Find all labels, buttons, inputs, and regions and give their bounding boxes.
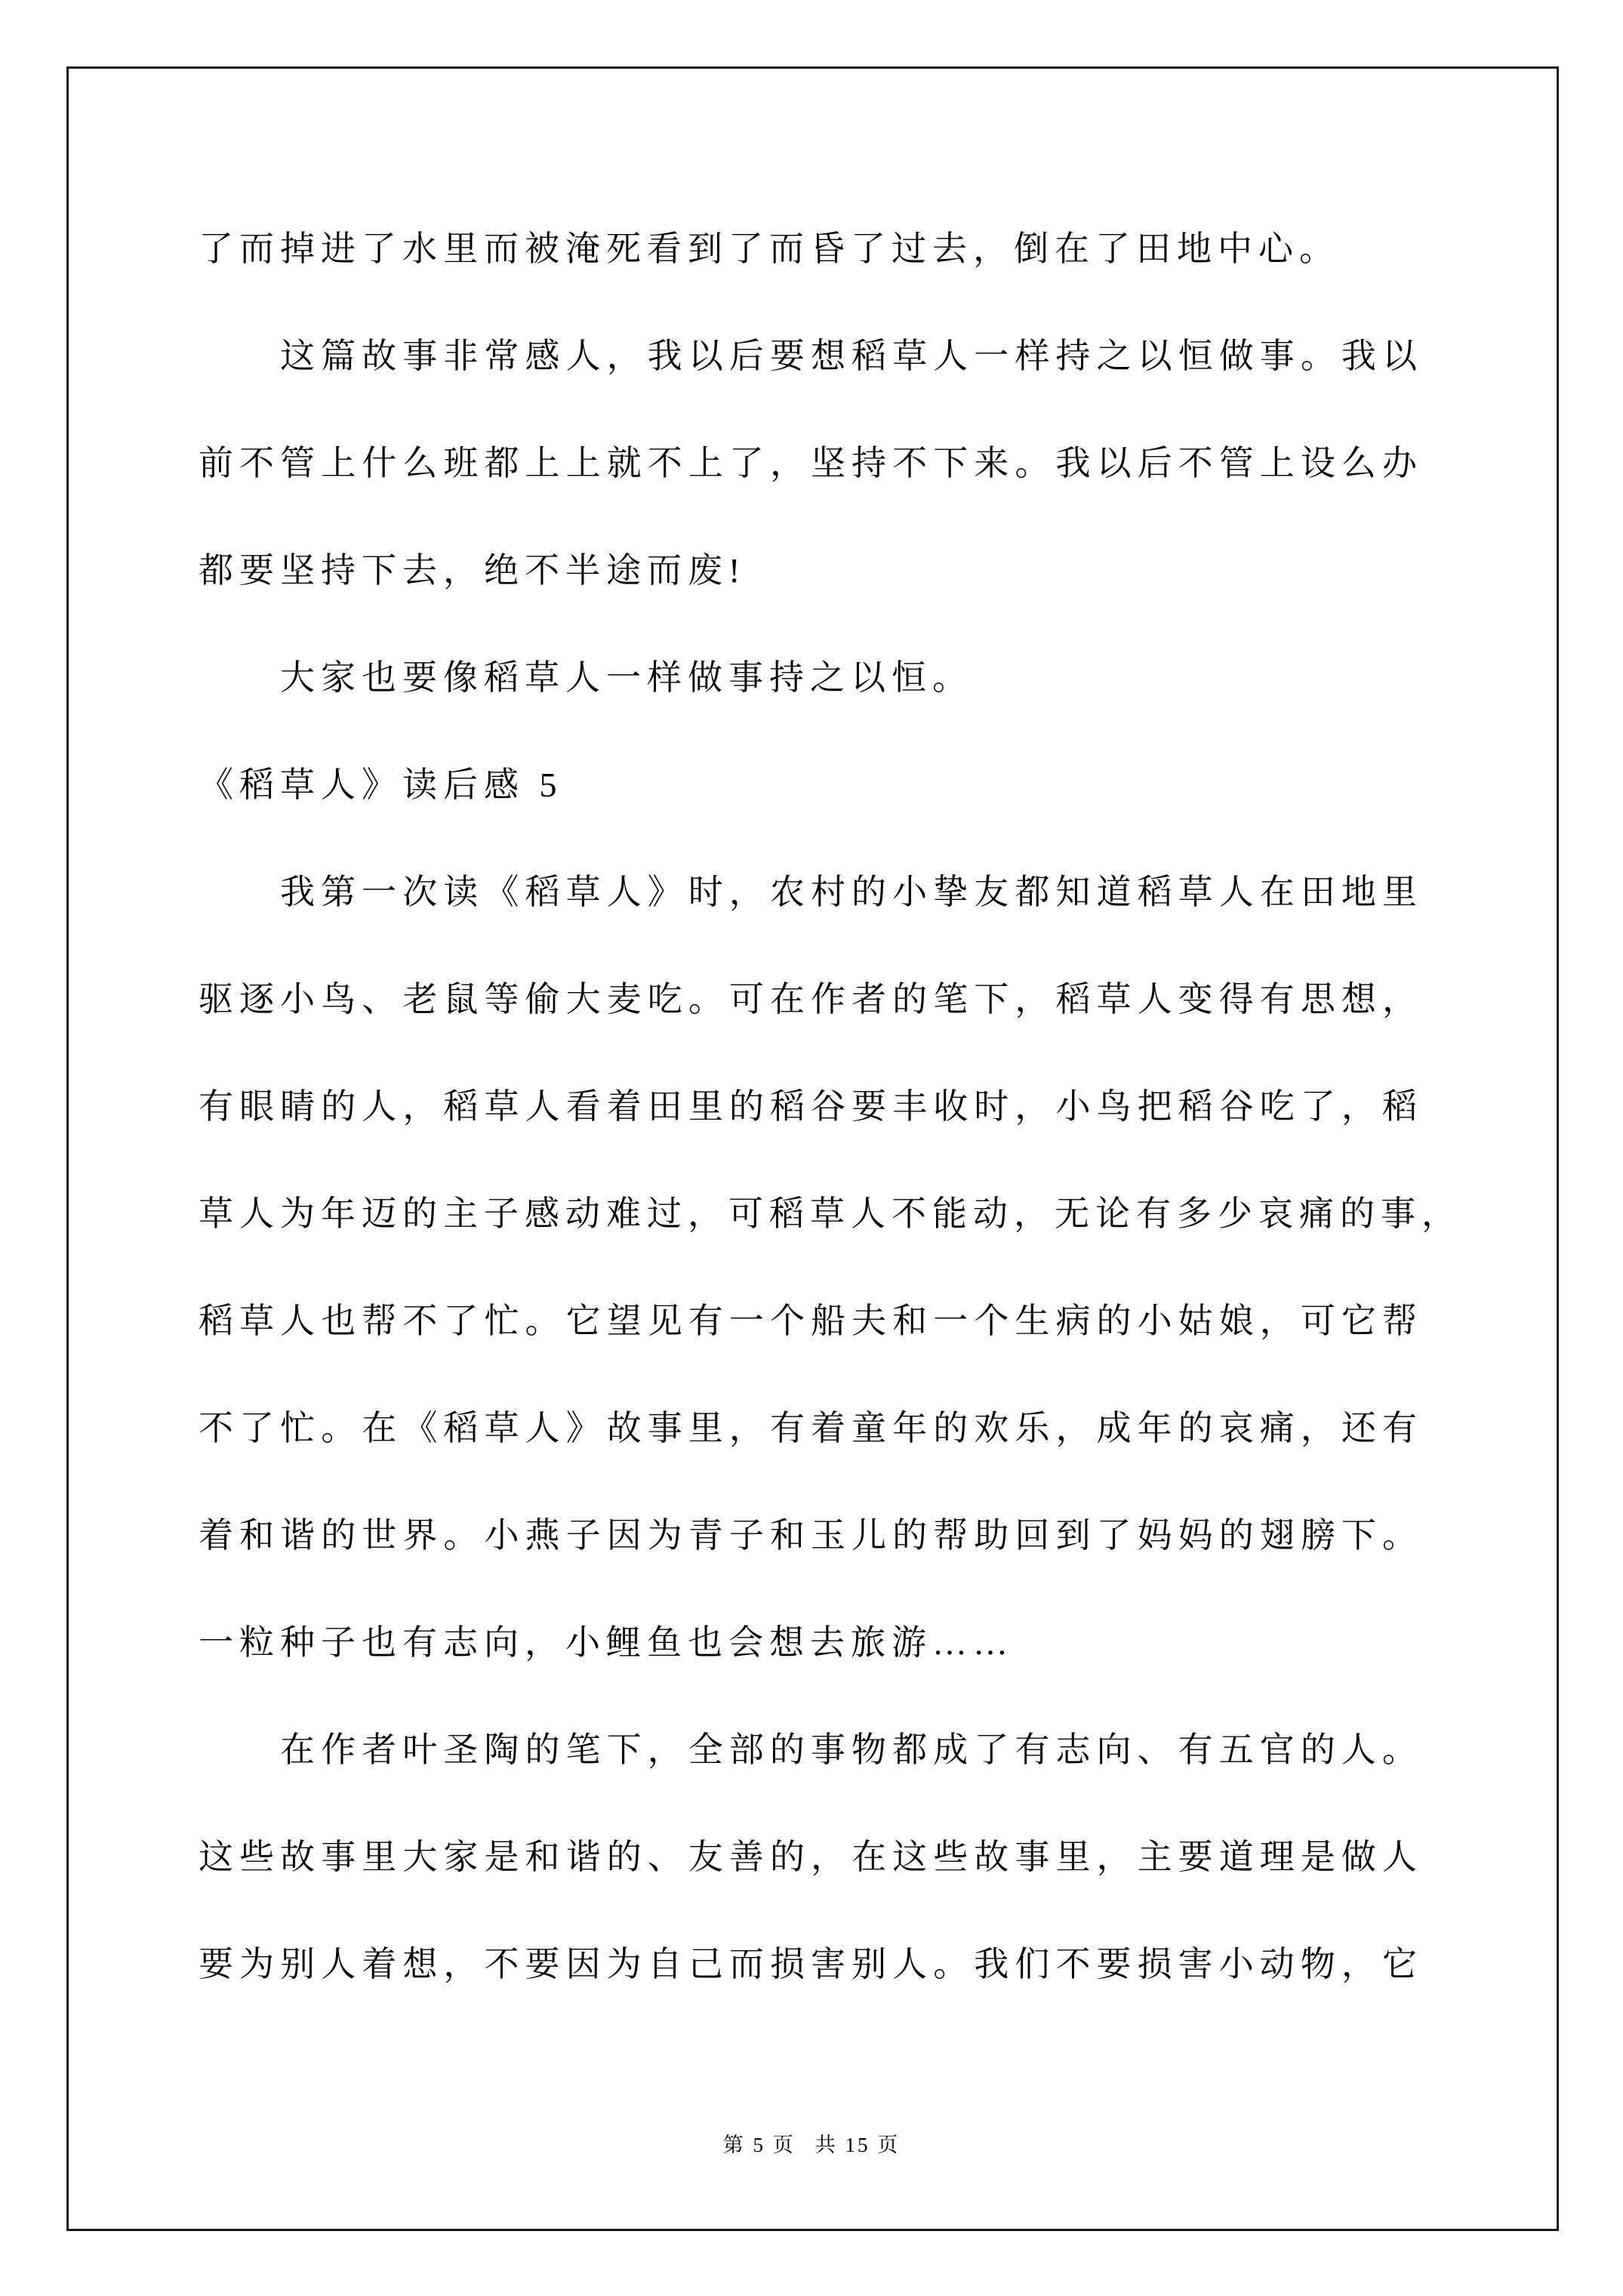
text-line: 都要坚持下去，绝不半途而废! <box>199 517 1423 624</box>
text-line: 草人为年迈的主子感动难过，可稻草人不能动，无论有多少哀痛的事， <box>199 1160 1423 1268</box>
text-line: 我第一次读《稻草人》时，农村的小挚友都知道稻草人在田地里 <box>199 839 1423 946</box>
footer-page-number: 第 5 页 <box>723 2134 796 2156</box>
text-line: 大家也要像稻草人一样做事持之以恒。 <box>199 624 1423 732</box>
text-line: 有眼睛的人，稻草人看着田里的稻谷要丰收时，小鸟把稻谷吃了，稻 <box>199 1053 1423 1160</box>
text-line: 要为别人着想，不要因为自己而损害别人。我们不要损害小动物，它 <box>199 1911 1423 2018</box>
text-line: 驱逐小鸟、老鼠等偷大麦吃。可在作者的笔下，稻草人变得有思想， <box>199 946 1423 1053</box>
text-line: 不了忙。在《稻草人》故事里，有着童年的欢乐，成年的哀痛，还有 <box>199 1375 1423 1482</box>
text-line: 这些故事里大家是和谐的、友善的，在这些故事里，主要道理是做人 <box>199 1804 1423 1911</box>
text-line: 在作者叶圣陶的笔下，全部的事物都成了有志向、有五官的人。 <box>199 1697 1423 1804</box>
document-lines: 了而掉进了水里而被淹死看到了而昏了过去，倒在了田地中心。这篇故事非常感人，我以后… <box>199 196 1423 2018</box>
text-line: 《稻草人》读后感 5 <box>199 732 1423 839</box>
text-line: 前不管上什么班都上上就不上了，坚持不下来。我以后不管上设么办 <box>199 410 1423 517</box>
text-line: 着和谐的世界。小燕子因为青子和玉儿的帮助回到了妈妈的翅膀下。 <box>199 1482 1423 1589</box>
text-line: 一粒种子也有志向，小鲤鱼也会想去旅游…… <box>199 1589 1423 1697</box>
page-footer: 第 5 页共 15 页 <box>0 2134 1623 2156</box>
footer-page-total: 共 15 页 <box>815 2134 901 2156</box>
text-line: 这篇故事非常感人，我以后要想稻草人一样持之以恒做事。我以 <box>199 303 1423 410</box>
text-line: 了而掉进了水里而被淹死看到了而昏了过去，倒在了田地中心。 <box>199 196 1423 303</box>
text-line: 稻草人也帮不了忙。它望见有一个船夫和一个生病的小姑娘，可它帮 <box>199 1268 1423 1375</box>
document-page: 了而掉进了水里而被淹死看到了而昏了过去，倒在了田地中心。这篇故事非常感人，我以后… <box>0 0 1623 2296</box>
